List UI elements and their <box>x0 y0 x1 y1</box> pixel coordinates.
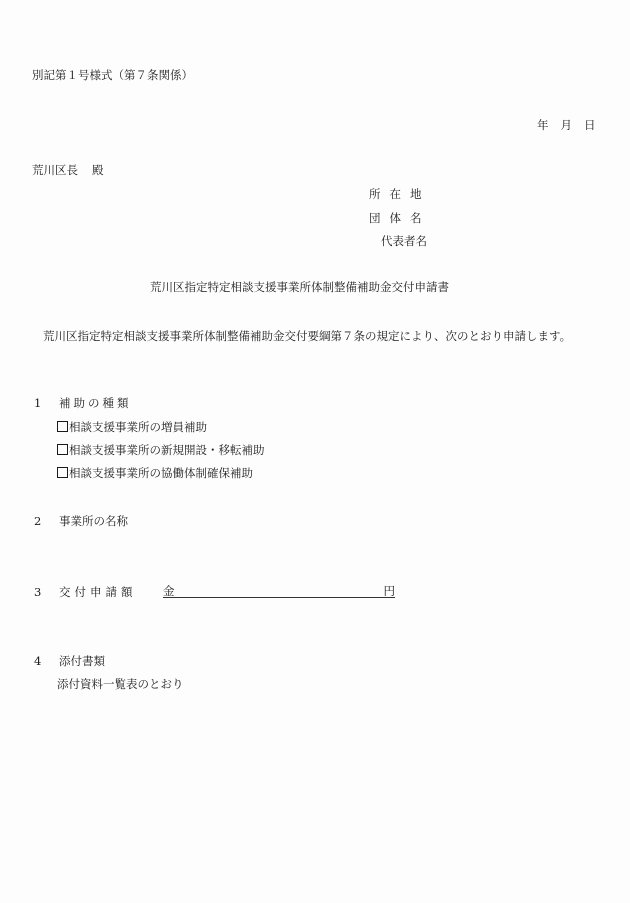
section-label: 事業所の名称 <box>59 514 128 528</box>
section-label: 補助の種類 <box>59 396 132 410</box>
document-title: 荒川区指定特定相談支援事業所体制整備補助金交付申請書 <box>150 279 449 295</box>
date-field: 年月日 <box>525 117 596 133</box>
section-application-amount: 3交付申請額 <box>34 584 137 600</box>
option-label: 相談支援事業所の協働体制確保補助 <box>69 466 253 480</box>
checkbox[interactable] <box>57 444 68 455</box>
checkbox[interactable] <box>57 467 68 478</box>
section-office-name: 2事業所の名称 <box>34 513 128 529</box>
body-text: 荒川区指定特定相談支援事業所体制整備補助金交付要綱第７条の規定により、次のとおり… <box>32 325 592 348</box>
option-cooperation-system[interactable]: 相談支援事業所の協働体制確保補助 <box>57 465 253 481</box>
option-label: 相談支援事業所の増員補助 <box>69 420 207 434</box>
section-subsidy-type: 1補助の種類 <box>34 395 132 411</box>
year-label: 年 <box>537 117 549 133</box>
option-new-office-relocation[interactable]: 相談支援事業所の新規開設・移転補助 <box>57 442 265 458</box>
option-label: 相談支援事業所の新規開設・移転補助 <box>69 443 265 457</box>
amount-suffix: 円 <box>384 583 396 599</box>
section-number: 4 <box>34 654 59 668</box>
applicant-representative-label: 代表者名 <box>381 233 427 249</box>
applicant-location-label: 所在地 <box>369 186 431 202</box>
amount-field[interactable]: 金 円 <box>163 581 395 598</box>
section-label: 交付申請額 <box>59 585 137 599</box>
form-number: 別記第１号様式（第７条関係） <box>32 67 193 83</box>
amount-prefix: 金 <box>163 583 175 599</box>
section-number: 3 <box>34 585 59 599</box>
month-label: 月 <box>561 117 573 133</box>
section-number: 2 <box>34 514 59 528</box>
day-label: 日 <box>584 117 596 133</box>
addressee-honorific: 殿 <box>92 163 104 177</box>
option-staff-increase[interactable]: 相談支援事業所の増員補助 <box>57 419 207 435</box>
addressee-name: 荒川区長 <box>32 163 78 177</box>
applicant-organization-label: 団体名 <box>369 210 431 226</box>
checkbox[interactable] <box>57 421 68 432</box>
section-number: 1 <box>34 396 59 410</box>
addressee: 荒川区長殿 <box>32 162 104 178</box>
section-attachments: 4添付書類 <box>34 653 105 669</box>
attachments-value: 添付資料一覧表のとおり <box>57 676 184 692</box>
section-label: 添付書類 <box>59 654 105 668</box>
